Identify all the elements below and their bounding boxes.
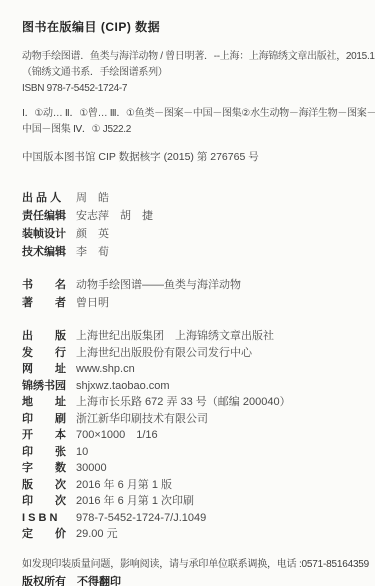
pub-label: 定 价: [22, 526, 76, 543]
copyright-notice: 版权所有 不得翻印: [22, 573, 367, 586]
pub-value: 浙江新华印刷技术有限公司: [76, 411, 208, 428]
cip-isbn: ISBN 978-7-5452-1724-7: [22, 81, 367, 97]
pub-value: 30000: [76, 460, 107, 477]
pub-row-distributor: 发 行 上海世纪出版股份有限公司发行中心: [22, 345, 367, 362]
pub-label: 发 行: [22, 345, 76, 362]
book-row-title: 书 名 动物手绘图谱——鱼类与海洋动物: [22, 276, 367, 294]
pub-label: I S B N: [22, 510, 76, 527]
book-section: 书 名 动物手绘图谱——鱼类与海洋动物 著 者 曾日明: [22, 276, 367, 312]
pub-label: 地 址: [22, 394, 76, 411]
pub-row-printer: 印 刷 浙江新华印刷技术有限公司: [22, 411, 367, 428]
cip-classification-line1: Ⅰ．①动… Ⅱ．①曾… Ⅲ．①鱼类－图案－中国－图集②水生动物－海洋生物－图案－: [22, 106, 367, 122]
staff-value: 颜 英: [76, 225, 109, 243]
staff-row-tech-editor: 技术编辑 李 荀: [22, 243, 367, 261]
pub-value: 上海世纪出版集团 上海锦绣文章出版社: [76, 328, 274, 345]
cip-series: （锦绣文通书系．手绘图谱系列）: [22, 65, 367, 81]
staff-row-designer: 装帧设计 颜 英: [22, 225, 367, 243]
cip-description-block: 动物手绘图谱．鱼类与海洋动物 / 曾日明著．--上海：上海锦绣文章出版社，201…: [22, 49, 367, 97]
pub-row-edition: 版 次 2016 年 6 月第 1 版: [22, 477, 367, 494]
pub-value: www.shp.cn: [76, 361, 135, 378]
staff-value: 安志萍 胡 捷: [76, 207, 153, 225]
book-row-author: 著 者 曾日明: [22, 294, 367, 312]
pub-label: 开 本: [22, 427, 76, 444]
pub-row-bookstore: 锦绣书园 shjxwz.taobao.com: [22, 378, 367, 395]
pub-row-sheets: 印 张 10: [22, 444, 367, 461]
cip-classification-line2: 中国－图集 Ⅳ．① J522.2: [22, 122, 367, 138]
staff-value: 周 皓: [76, 189, 109, 207]
pub-value: shjxwz.taobao.com: [76, 378, 170, 395]
pub-label: 印 刷: [22, 411, 76, 428]
pub-value: 2016 年 6 月第 1 次印刷: [76, 493, 194, 510]
staff-section: 出 品 人 周 皓 责任编辑 安志萍 胡 捷 装帧设计 颜 英 技术编辑 李 荀: [22, 189, 367, 261]
book-title: 动物手绘图谱——鱼类与海洋动物: [76, 276, 241, 294]
pub-row-impression: 印 次 2016 年 6 月第 1 次印刷: [22, 493, 367, 510]
pub-value: 29.00 元: [76, 526, 118, 543]
pub-row-website: 网 址 www.shp.cn: [22, 361, 367, 378]
cip-description: 动物手绘图谱．鱼类与海洋动物 / 曾日明著．--上海：上海锦绣文章出版社，201…: [22, 49, 367, 65]
footer: 如发现印装质量问题，影响阅读，请与承印单位联系调换，电话 :0571-85164…: [22, 556, 367, 586]
quality-notice: 如发现印装质量问题，影响阅读，请与承印单位联系调换，电话 :0571-85164…: [22, 556, 367, 573]
staff-label: 责任编辑: [22, 207, 76, 225]
pub-row-format: 开 本 700×1000 1/16: [22, 427, 367, 444]
pub-value: 978-7-5452-1724-7/J.1049: [76, 510, 206, 527]
pub-row-publisher: 出 版 上海世纪出版集团 上海锦绣文章出版社: [22, 328, 367, 345]
pub-label: 锦绣书园: [22, 378, 76, 395]
pub-value: 10: [76, 444, 88, 461]
staff-label: 技术编辑: [22, 243, 76, 261]
publication-section: 出 版 上海世纪出版集团 上海锦绣文章出版社 发 行 上海世纪出版股份有限公司发…: [22, 328, 367, 543]
pub-row-address: 地 址 上海市长乐路 672 弄 33 号（邮编 200040）: [22, 394, 367, 411]
pub-label: 字 数: [22, 460, 76, 477]
book-label: 著 者: [22, 294, 76, 312]
pub-value: 上海市长乐路 672 弄 33 号（邮编 200040）: [76, 394, 291, 411]
book-label: 书 名: [22, 276, 76, 294]
pub-value: 上海世纪出版股份有限公司发行中心: [76, 345, 252, 362]
staff-row-editor: 责任编辑 安志萍 胡 捷: [22, 207, 367, 225]
pub-label: 印 张: [22, 444, 76, 461]
pub-label: 版 次: [22, 477, 76, 494]
pub-label: 出 版: [22, 328, 76, 345]
cip-classification: Ⅰ．①动… Ⅱ．①曾… Ⅲ．①鱼类－图案－中国－图集②水生动物－海洋生物－图案－…: [22, 106, 367, 138]
pub-label: 网 址: [22, 361, 76, 378]
pub-row-wordcount: 字 数 30000: [22, 460, 367, 477]
staff-label: 出 品 人: [22, 189, 76, 207]
staff-row-producer: 出 品 人 周 皓: [22, 189, 367, 207]
staff-value: 李 荀: [76, 243, 109, 261]
pub-value: 700×1000 1/16: [76, 427, 158, 444]
pub-row-price: 定 价 29.00 元: [22, 526, 367, 543]
staff-label: 装帧设计: [22, 225, 76, 243]
colophon-page: 图书在版编目 (CIP) 数据 动物手绘图谱．鱼类与海洋动物 / 曾日明著．--…: [0, 0, 375, 586]
book-author: 曾日明: [76, 294, 109, 312]
pub-row-isbn: I S B N 978-7-5452-1724-7/J.1049: [22, 510, 367, 527]
pub-label: 印 次: [22, 493, 76, 510]
cip-record-number: 中国版本图书馆 CIP 数据核字 (2015) 第 276765 号: [22, 149, 367, 164]
pub-value: 2016 年 6 月第 1 版: [76, 477, 172, 494]
cip-heading: 图书在版编目 (CIP) 数据: [22, 18, 367, 35]
